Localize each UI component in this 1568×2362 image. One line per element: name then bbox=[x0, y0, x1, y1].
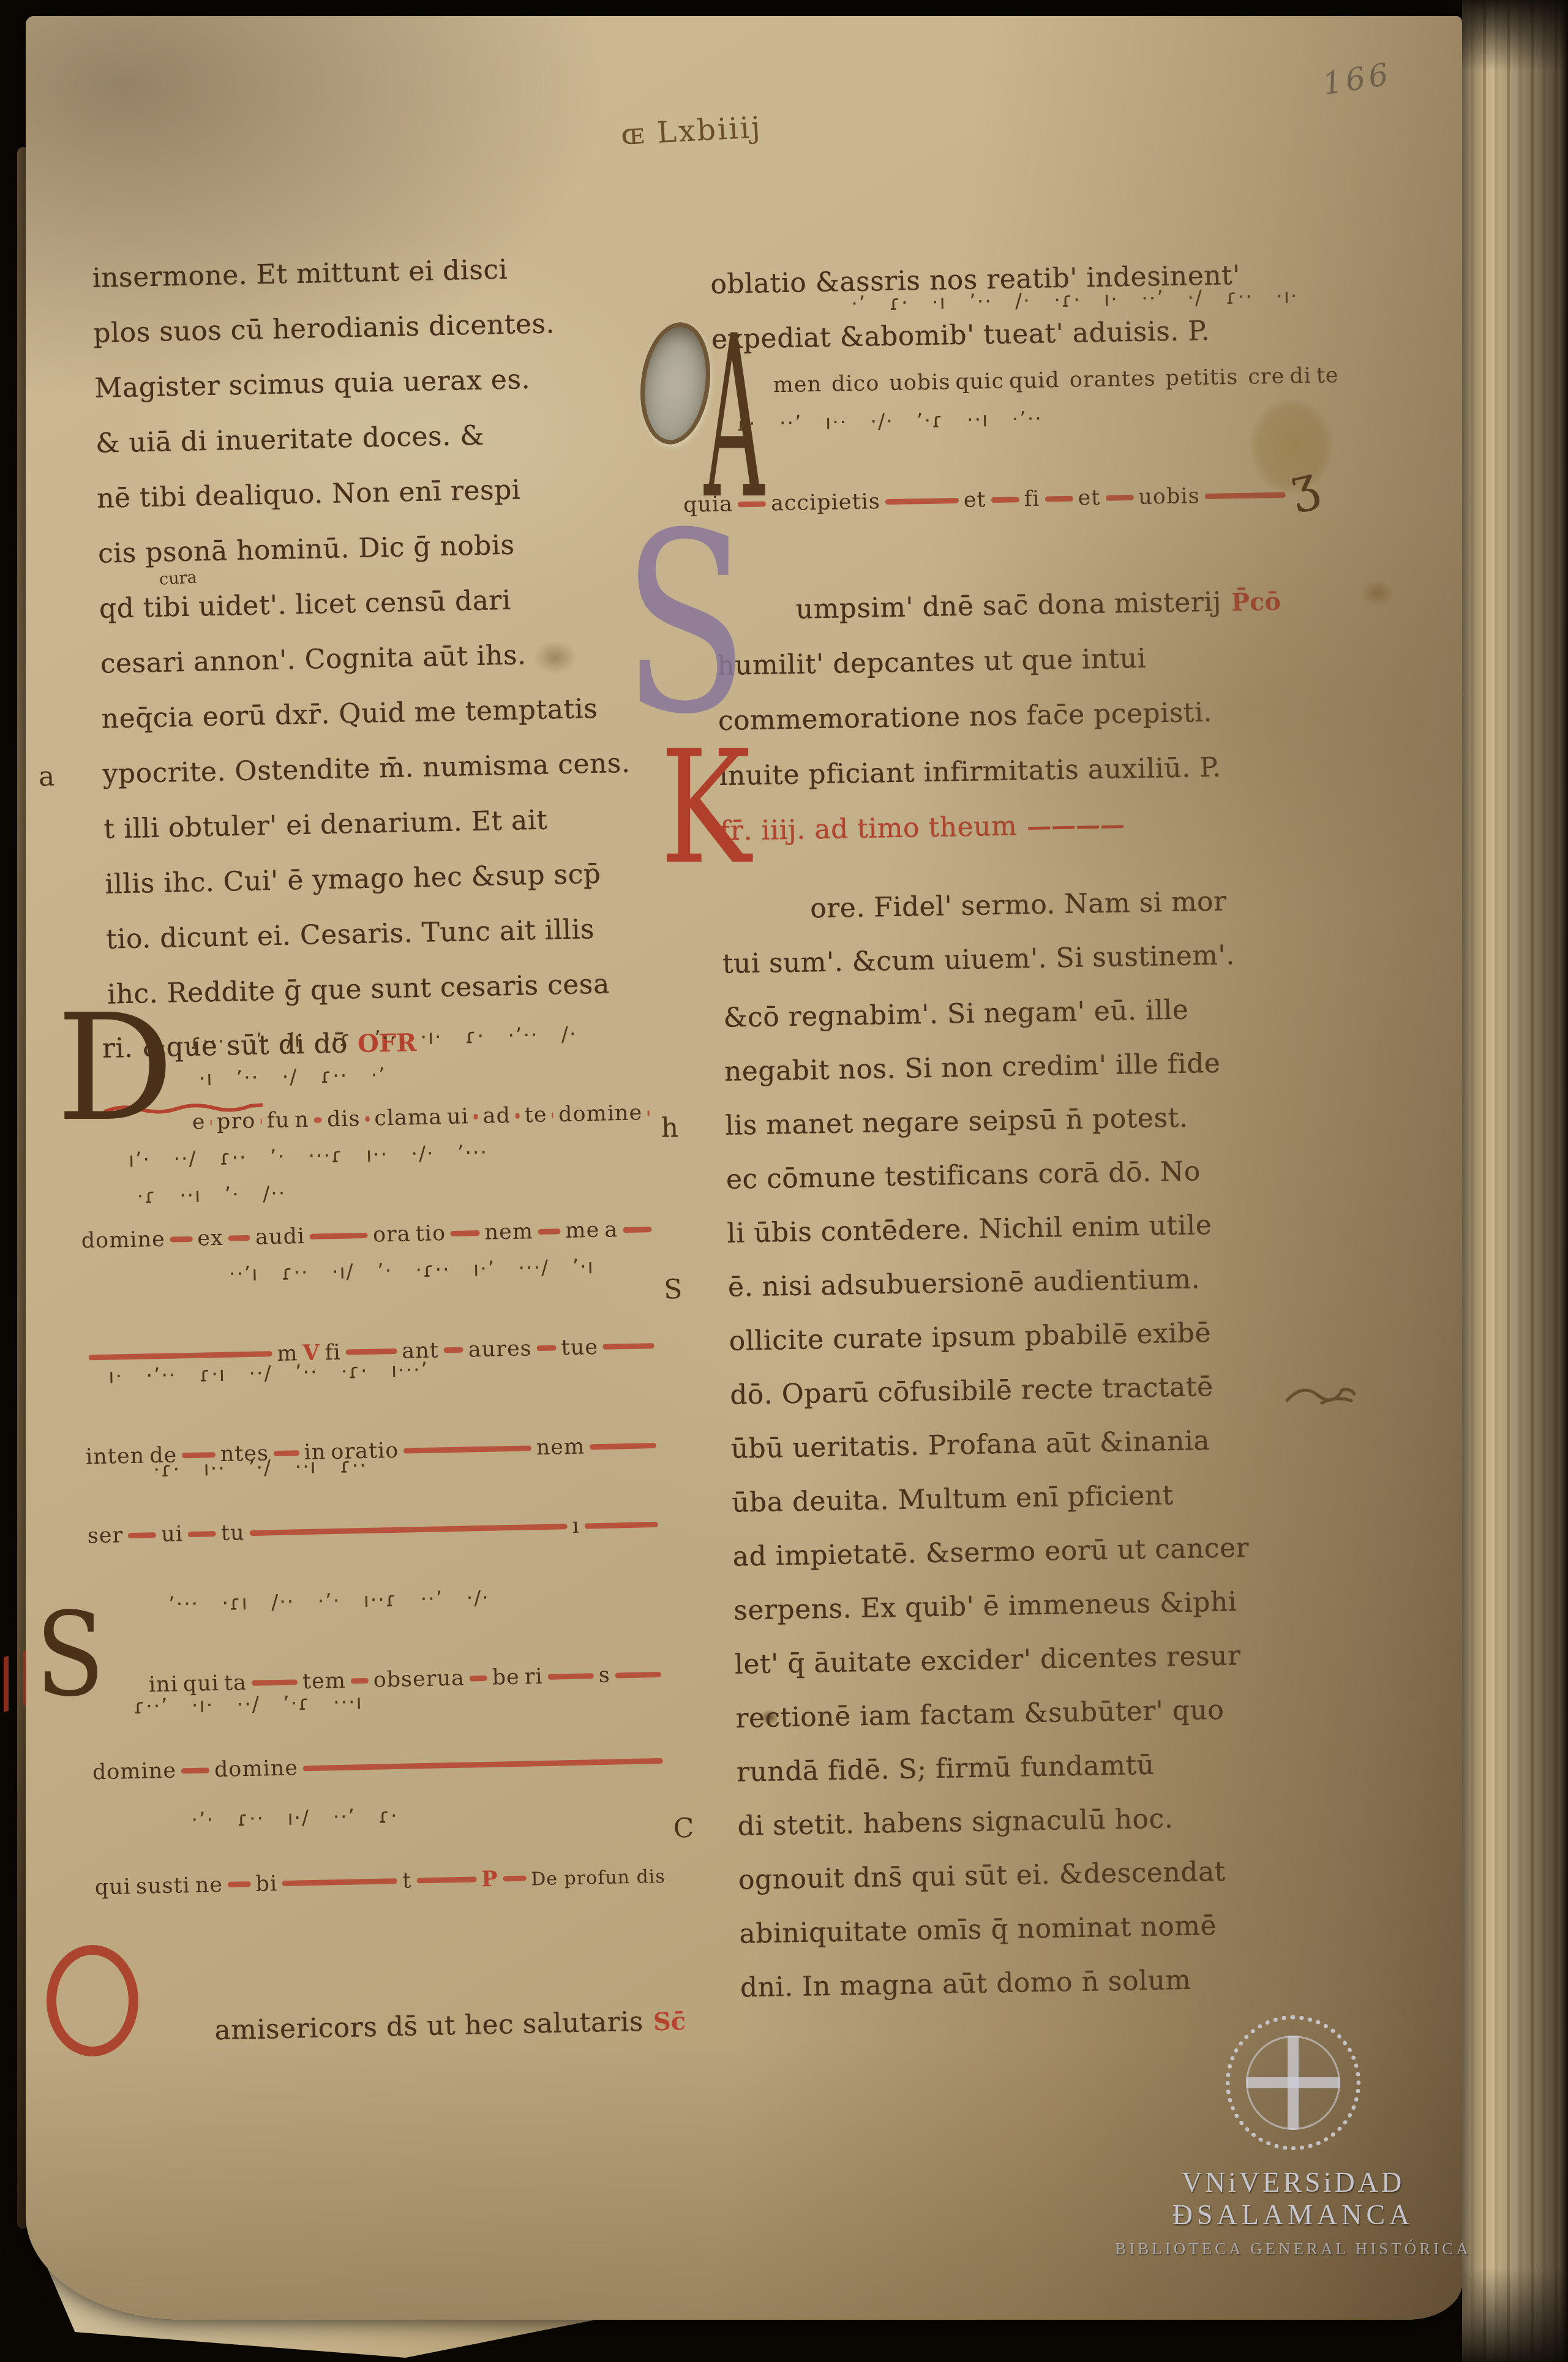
red-filler bbox=[365, 1116, 369, 1121]
neumes: ɾ· ··ʼ ı·· ·/· ʼ·ɾ ··ı ·ʼ·· bbox=[681, 396, 1322, 489]
red-filler bbox=[170, 1236, 193, 1242]
syllable-text: tu bbox=[221, 1521, 245, 1546]
syllable-text: ser bbox=[87, 1523, 123, 1548]
red-filler bbox=[451, 1230, 480, 1236]
syllable-text: fu bbox=[266, 1108, 290, 1133]
syllable-text: susti bbox=[136, 1873, 191, 1899]
syllable-text: ui bbox=[161, 1522, 184, 1547]
syllable-text: quic bbox=[955, 369, 1004, 394]
syllable-text: ne bbox=[195, 1873, 223, 1898]
initial-s-si-iniquitates: S bbox=[36, 1608, 105, 1701]
syllable-text: dico bbox=[831, 371, 880, 396]
red-filler bbox=[552, 1112, 553, 1118]
initial-o-oratio bbox=[47, 1945, 138, 2056]
syllable-text: P bbox=[481, 1867, 498, 1892]
syllable-text: cre bbox=[1248, 364, 1285, 389]
red-filler bbox=[181, 1767, 209, 1773]
red-filler bbox=[474, 1114, 478, 1119]
red-filler bbox=[314, 1117, 322, 1123]
syllable-text: De profun dis bbox=[531, 1866, 666, 1890]
right-prose-block-b: ore. Fidel' sermo. Nam si mor tui sum'. … bbox=[689, 819, 1348, 1962]
secreta-rubric: Sc̄ bbox=[653, 2007, 686, 2036]
syllable-text: ad bbox=[482, 1104, 511, 1129]
red-filler bbox=[303, 1758, 663, 1770]
quire-heading-prefix: ɶ bbox=[620, 116, 647, 152]
syllable-text: te bbox=[1316, 363, 1339, 388]
neumes: ı· ·ʼ·· ɾ·ı ··/ ʼ·· ·ɾ· ı···ʼ bbox=[84, 1347, 661, 1442]
margin-letter: S bbox=[664, 1263, 683, 1317]
syllable-text: uobis bbox=[1138, 484, 1200, 510]
chant-line: ·ʼ· ɾ·· ı·/ ··ʼ ɾ· quisustinebitPDe prof… bbox=[93, 1792, 670, 1900]
syllable-text: ui bbox=[447, 1104, 470, 1129]
red-filler bbox=[623, 1227, 652, 1233]
left-edge-red-marks bbox=[4, 1650, 26, 1712]
initial-k-karissime: K bbox=[660, 746, 751, 871]
interlinear-gloss: cura bbox=[159, 568, 197, 589]
oratio-line: amisericors ds̄ ut hec salutarisSc̄ bbox=[96, 1938, 685, 2006]
red-filler bbox=[188, 1531, 216, 1537]
left-prose-block: insermone. Et mittunt ei disci plos suos… bbox=[59, 184, 651, 968]
prose-line: ihc. Reddite ḡ que sunt cesaris cesa bbox=[75, 901, 651, 968]
syllable-text: ı bbox=[572, 1514, 580, 1538]
syllable-text: me bbox=[565, 1218, 600, 1243]
syllable-text: a bbox=[604, 1217, 618, 1242]
syllable-text: nem bbox=[484, 1219, 533, 1245]
syllable-text: ora bbox=[373, 1222, 411, 1247]
syllable-text: domine bbox=[81, 1227, 165, 1254]
chant-line: ·ɾ· ı·· ʼ·/ ··ı ɾ·· seruituı bbox=[86, 1441, 663, 1549]
syllable-text: domine bbox=[92, 1759, 176, 1785]
syllable-text: et bbox=[963, 487, 986, 513]
syllable-text: pro bbox=[217, 1109, 256, 1134]
quire-heading: ɶ Lxbiiij bbox=[620, 110, 763, 152]
quire-heading-numeral: Lxbiiij bbox=[656, 110, 763, 150]
stain bbox=[1360, 579, 1394, 607]
syllable-text: qui bbox=[94, 1875, 131, 1900]
red-filler bbox=[585, 1522, 658, 1529]
syllable-text: ex bbox=[197, 1226, 223, 1251]
red-filler bbox=[228, 1881, 251, 1887]
syllable-text: accipietis bbox=[771, 489, 880, 516]
red-filler bbox=[128, 1532, 156, 1538]
neumes: ɾ··ʼ ·ı· ··/ ʼ·ɾ ···ı bbox=[91, 1677, 667, 1757]
neumes: ·ɾ· ı·· ʼ·/ ··ı ɾ·· bbox=[86, 1441, 662, 1521]
line-rubric bbox=[1201, 1966, 1201, 1995]
manuscript-photo: ɶ Lxbiiij 166 insermone. Et mittunt ei d… bbox=[0, 0, 1568, 2362]
chant-line: ·ʼ ɾ· ·ı ʼ·· /· ·ɾ· ı· ··ʼ ·/ ɾ·· ·ı· me… bbox=[680, 277, 1321, 399]
syllable-text: petitis bbox=[1165, 365, 1238, 391]
red-filler bbox=[1204, 492, 1285, 498]
red-filler bbox=[1105, 495, 1133, 501]
syllable-text: ʒ bbox=[1291, 482, 1318, 488]
syllable-text: fi bbox=[1024, 487, 1040, 511]
red-filler bbox=[885, 498, 959, 505]
folio-number-pencil: 166 bbox=[1320, 56, 1394, 102]
initial-d-de-profundis: D bbox=[56, 1009, 174, 1127]
syllable-text: quid bbox=[1009, 368, 1060, 393]
red-filler bbox=[228, 1235, 251, 1241]
prose-line: fr̄. iiij. ad timo theum———— bbox=[688, 739, 1328, 805]
syllable-text: et bbox=[1078, 486, 1100, 511]
red-filler bbox=[503, 1876, 527, 1882]
chant-line: ɾ· ··ʼ ı·· ·/· ʼ·ɾ ··ı ·ʼ·· quiaaccipiet… bbox=[681, 396, 1323, 517]
syllable-text: tio bbox=[415, 1221, 446, 1246]
red-filler bbox=[249, 1524, 567, 1536]
line-text: amisericors ds̄ ut hec salutaris bbox=[214, 2006, 643, 2047]
red-filler bbox=[516, 1113, 520, 1118]
seal-cross-icon bbox=[1246, 2036, 1340, 2130]
red-filler bbox=[470, 1675, 487, 1681]
library-watermark: VNiVERSiDAD ÐSALAMANCA BIBLIOTECA GENERA… bbox=[1060, 2015, 1526, 2259]
chant-line: ɾ··ʼ ·ı· ··/ ʼ·ɾ ···ı dominedomine bbox=[91, 1677, 668, 1785]
left-column: insermone. Et mittunt ei disci plos suos… bbox=[59, 184, 635, 197]
red-filler bbox=[351, 1677, 369, 1683]
syllable-text: t bbox=[402, 1869, 412, 1894]
syllable-text: dis bbox=[327, 1107, 361, 1132]
syllable-text: audi bbox=[255, 1224, 306, 1250]
line-text: dni. In magna aūt domo n̄ solum bbox=[740, 1965, 1191, 2004]
university-seal-icon bbox=[1226, 2015, 1360, 2150]
book-fore-edge-pages bbox=[1462, 0, 1568, 2362]
red-filler bbox=[282, 1878, 397, 1886]
red-filler bbox=[647, 1110, 650, 1116]
neumes: ··ʼı ɾ·· ·ı/ ʼ· ·ɾ·· ı·ʼ ···/ ʼ·ı bbox=[81, 1247, 659, 1342]
margin-letter: a bbox=[38, 749, 55, 805]
syllable-text: uobis bbox=[889, 370, 951, 396]
syllable-text: te bbox=[524, 1103, 547, 1128]
neumes: ·ʼ ɾ· ·ı ʼ·· /· ·ɾ· ı· ··ʼ ·/ ɾ·· ·ı· bbox=[680, 277, 1321, 371]
red-filler bbox=[416, 1876, 476, 1883]
syllable-text: e bbox=[192, 1110, 206, 1134]
red-filler bbox=[260, 1118, 262, 1124]
syllable-text: orantes bbox=[1069, 366, 1156, 392]
right-column: oblatio &assris nos reatib' indesinent' … bbox=[675, 5, 1315, 16]
syllable-text: domine bbox=[214, 1756, 299, 1782]
syllable-text: di bbox=[1289, 364, 1311, 389]
line-rubric bbox=[619, 970, 620, 999]
syllable-text: men bbox=[773, 372, 822, 397]
parchment-page: ɶ Lxbiiij 166 insermone. Et mittunt ei d… bbox=[26, 16, 1462, 2320]
neumes: ʼ··· ·ɾı /·· ·ʼ· ı··ɾ ··ʼ ·/· bbox=[89, 1576, 666, 1671]
neumes: ·ʼ· ɾ·· ı·/ ··ʼ ɾ· bbox=[93, 1792, 670, 1871]
margin-letter: h bbox=[661, 1101, 679, 1155]
right-prose-block-a: umpsim' dnē sac̄ dona misterijP̄cō humil… bbox=[684, 518, 1329, 805]
red-filler bbox=[991, 497, 1019, 503]
syllable-text: bi bbox=[255, 1871, 277, 1897]
syllable-text: clama bbox=[374, 1105, 443, 1130]
red-filler bbox=[538, 1228, 561, 1235]
syllable-text: domine bbox=[558, 1100, 643, 1127]
watermark-line-3: BIBLIOTECA GENERAL HISTÓRICA bbox=[1060, 2240, 1526, 2259]
initial-s-sumpsimus: S bbox=[623, 525, 749, 724]
red-filler bbox=[210, 1119, 212, 1125]
margin-letter: C bbox=[673, 1802, 694, 1856]
watermark-line-2: ÐSALAMANCA bbox=[1060, 2198, 1526, 2231]
red-filler bbox=[310, 1232, 368, 1239]
watermark-line-1: VNiVERSiDAD bbox=[1060, 2166, 1526, 2198]
prose-line: dni. In magna aūt domo n̄ solum bbox=[708, 1897, 1348, 1961]
margin-pen-trial bbox=[1284, 1377, 1357, 1416]
red-filler bbox=[1045, 495, 1073, 502]
syllable-text: n bbox=[294, 1108, 309, 1132]
